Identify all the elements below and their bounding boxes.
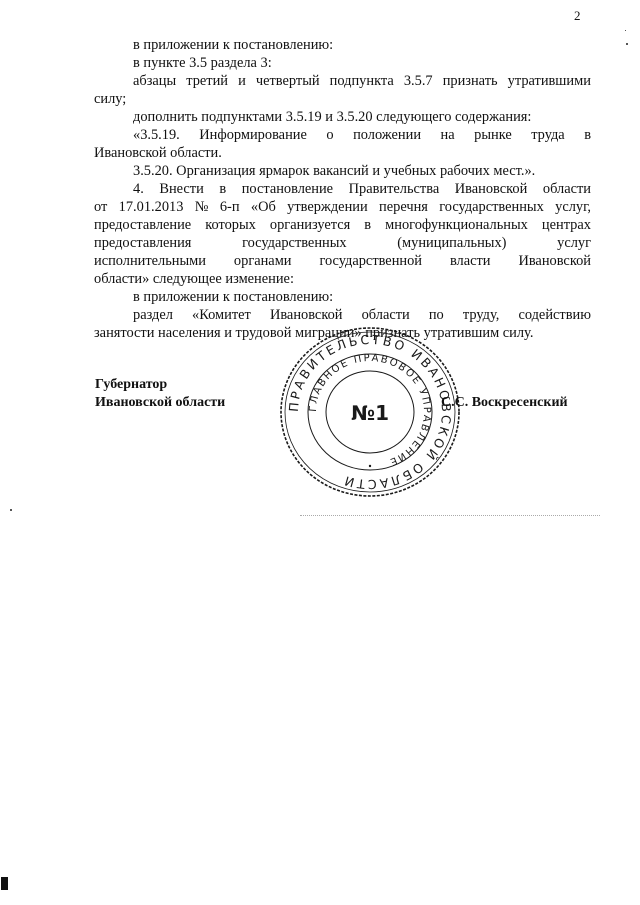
word: центрах [542, 216, 591, 234]
signatory-title: Губернатор Ивановской области [95, 376, 225, 412]
word: Правительства [349, 180, 440, 198]
word: 4. [133, 180, 144, 198]
paragraph-line-justified: от17.01.2013№6-п«Обутвержденииперечнягос… [94, 198, 591, 216]
word: Информирование [199, 126, 307, 144]
word: утверждении [287, 198, 368, 216]
word: о [326, 126, 333, 144]
page-number: 2 [574, 8, 581, 24]
paragraph-line-justified: 4.ВнестивпостановлениеПравительстваИвано… [133, 180, 591, 198]
word: утратившими [508, 72, 591, 90]
word: услуг, [555, 198, 591, 216]
official-stamp: ПРАВИТЕЛЬСТВО ИВАНОВСКОЙ ОБЛАСТИ ГЛАВНОЕ… [279, 326, 461, 498]
stamp-center-text: №1 [351, 401, 389, 425]
paragraph-line-justified: исполнительнымиорганамигосударственнойвл… [94, 252, 591, 270]
word: Внести [159, 180, 203, 198]
paragraph-line-justified: раздел«КомитетИвановскойобластипотруду,с… [133, 306, 591, 324]
word: 17.01.2013 [119, 198, 184, 216]
word: по [429, 306, 444, 324]
paragraph-line: области» следующее изменение: [94, 270, 294, 288]
word: абзацы [133, 72, 176, 90]
word: организуется [270, 216, 350, 234]
scan-edge-mark [1, 877, 8, 890]
paragraph-line: в приложении к постановлению: [133, 288, 333, 306]
word: труда [531, 126, 564, 144]
paragraph-line: 3.5.20. Организация ярмарок вакансий и у… [133, 162, 535, 180]
word: в [219, 180, 226, 198]
word: и [238, 72, 246, 90]
scan-noise-line [300, 515, 600, 517]
word: подпункта [330, 72, 394, 90]
paragraph-line: дополнить подпунктами 3.5.19 и 3.5.20 сл… [133, 108, 531, 126]
word: государственной [319, 252, 422, 270]
paragraph-line: в пункте 3.5 раздела 3: [133, 54, 272, 72]
word: предоставления [94, 234, 191, 252]
word: многофункциональных [385, 216, 528, 234]
word: 6-п [220, 198, 240, 216]
word: в [584, 126, 591, 144]
word: труду, [463, 306, 499, 324]
word: области [362, 306, 410, 324]
word: рынке [474, 126, 512, 144]
paragraph-line-justified: «3.5.19.Информированиеоположениинарынкет… [133, 126, 591, 144]
paragraph-line: силу; [94, 90, 126, 108]
word: государственных [242, 234, 347, 252]
word: третий [186, 72, 228, 90]
paragraph-line: Ивановской области. [94, 144, 222, 162]
word: «3.5.19. [133, 126, 180, 144]
word: признать [443, 72, 498, 90]
word: перечня [379, 198, 428, 216]
word: органами [234, 252, 292, 270]
word: на [441, 126, 455, 144]
word: (муниципальных) [397, 234, 506, 252]
word: № [195, 198, 209, 216]
word: услуг [557, 234, 591, 252]
word: Ивановской [518, 252, 591, 270]
word: 3.5.7 [404, 72, 433, 90]
word: постановление [242, 180, 333, 198]
word: «Об [251, 198, 276, 216]
word: положении [353, 126, 421, 144]
signatory-title-line2: Ивановской области [95, 394, 225, 412]
word: власти [450, 252, 491, 270]
word: «Комитет [192, 306, 251, 324]
word: предоставление [94, 216, 191, 234]
document-page: 2 в приложении к постановлению: в пункте… [0, 0, 640, 905]
scan-speck [626, 43, 628, 45]
word: которых [205, 216, 256, 234]
word: Ивановской [270, 306, 343, 324]
word: содействию [518, 306, 591, 324]
signatory-title-line1: Губернатор [95, 376, 225, 394]
word: от [94, 198, 107, 216]
word: раздел [133, 306, 173, 324]
paragraph-line-justified: предоставлениекоторыхорганизуетсявмногоф… [94, 216, 591, 234]
word: области [543, 180, 591, 198]
word: государственных [439, 198, 544, 216]
word: в [364, 216, 371, 234]
word: четвертый [256, 72, 320, 90]
paragraph-line-justified: абзацытретийичетвертыйподпункта3.5.7приз… [133, 72, 591, 90]
word: исполнительными [94, 252, 206, 270]
paragraph-line: в приложении к постановлению: [133, 36, 333, 54]
signatory-name: С.С. Воскресенский [441, 394, 568, 412]
word: Ивановской [455, 180, 528, 198]
scan-speck [10, 509, 12, 511]
paragraph-line-justified: предоставлениягосударственных(муниципаль… [94, 234, 591, 252]
scan-speck [625, 30, 626, 31]
